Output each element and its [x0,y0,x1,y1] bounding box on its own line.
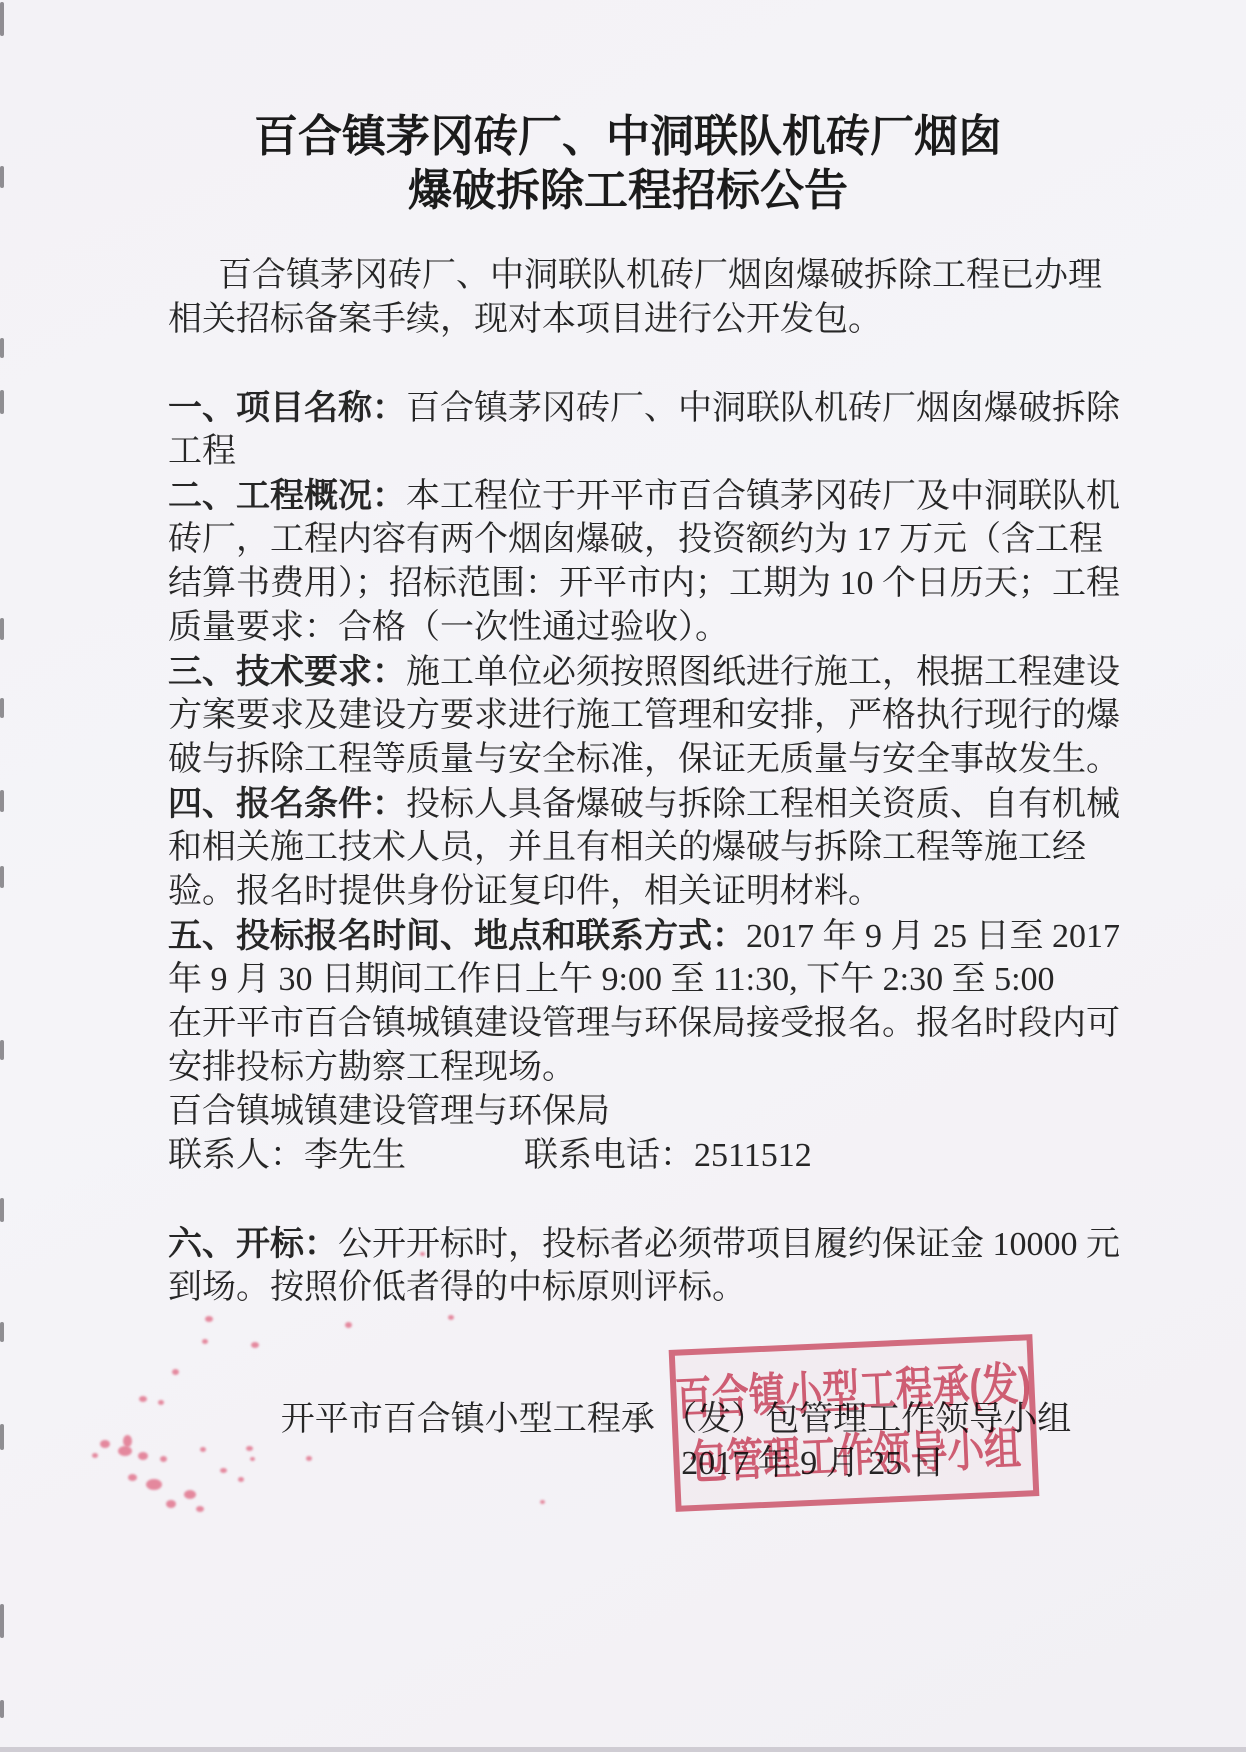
section-heading-run: 一、项目名称： [168,389,406,427]
ink-speckle [92,1453,98,1458]
text-run: 百合镇茅冈砖厂、中洞联队机砖厂烟囱爆破拆除工程已办理 [218,257,1102,294]
body-line: 工程 [168,430,1088,474]
text-run: 和相关施工技术人员，并且有相关的爆破与拆除工程等施工经 [168,829,1086,866]
ink-speckle [540,1500,545,1504]
scan-edge-mark [0,1700,4,1718]
section-heading-run: 六、开标： [168,1225,338,1263]
scan-edge-mark [0,698,4,718]
ink-speckle [220,1468,227,1473]
scanned-document-page: 百合镇茅冈砖厂、中洞联队机砖厂烟囱 爆破拆除工程招标公告 百合镇茅冈砖厂、中洞联… [0,0,1246,1752]
text-run: 百合镇茅冈砖厂、中洞联队机砖厂烟囱爆破拆除 [406,390,1120,427]
body-line: 五、投标报名时间、地点和联系方式：2017 年 9 月 25 日至 2017 [168,914,1088,958]
ink-speckle [448,1315,454,1320]
stamp-line-2: 包管理工作领导小组 [689,1416,1023,1494]
text-run: 破与拆除工程等质量与安全标准，保证无质量与安全事故发生。 [168,741,1120,778]
text-run: 方案要求及建设方要求进行施工管理和安排，严格执行现行的爆 [168,697,1120,734]
body-line: 到场。按照价低者得的中标原则评标。 [168,1266,1088,1310]
scan-edge-mark [0,866,4,888]
scan-edge-mark [0,1198,4,1222]
body-line: 验。报名时提供身份证复印件，相关证明材料。 [168,870,1088,914]
ink-speckle [118,1446,132,1456]
ink-speckle [184,1490,196,1499]
text-run: 结算书费用）；招标范围：开平市内；工期为 10 个日历天；工程 [168,565,1120,602]
text-run: 联系人：李先生 [168,1137,406,1174]
scan-edge-mark [0,1322,4,1342]
ink-speckle [123,1435,132,1447]
ink-speckle [250,1457,255,1461]
body-line: 二、工程概况：本工程位于开平市百合镇茅冈砖厂及中洞联队机 [168,474,1088,518]
text-run: 在开平市百合镇城镇建设管理与环保局接受报名。报名时段内可 [168,1005,1120,1042]
ink-speckle [139,1396,147,1402]
ink-speckle [158,1400,164,1405]
section-heading-run: 五、投标报名时间、地点和联系方式： [168,917,746,955]
scan-edge-mark [0,2,4,36]
text-run: 施工单位必须按照图纸进行施工，根据工程建设 [406,654,1120,691]
blank-line [168,342,1088,386]
title-line-1: 百合镇茅冈砖厂、中洞联队机砖厂烟囱 [168,110,1088,164]
section-heading-run: 三、技术要求： [168,653,406,691]
text-run: 验。报名时提供身份证复印件，相关证明材料。 [168,873,882,910]
text-run: 质量要求：合格（一次性通过验收）。 [168,609,729,646]
ink-speckle [138,1452,148,1460]
scan-edge-mark [0,1604,4,1638]
body-line: 和相关施工技术人员，并且有相关的爆破与拆除工程等施工经 [168,826,1088,870]
ink-speckle [128,1474,137,1481]
body-line: 质量要求：合格（一次性通过验收）。 [168,606,1088,650]
ink-speckle [345,1322,352,1328]
body-line: 方案要求及建设方要求进行施工管理和安排，严格执行现行的爆 [168,694,1088,738]
ink-speckle [251,1342,259,1348]
body-line: 安排投标方勘察工程现场。 [168,1046,1088,1090]
ink-speckle [205,1316,213,1322]
body-line: 四、报名条件：投标人具备爆破与拆除工程相关资质、自有机械 [168,782,1088,826]
ink-speckle [238,1477,244,1482]
text-run: 百合镇城镇建设管理与环保局 [168,1093,610,1130]
text-run: 砖厂，工程内容有两个烟囱爆破，投资额约为 17 万元（含工程 [168,521,1103,558]
text-run: 相关招标备案手续，现对本项目进行公开发包。 [168,301,882,338]
section-heading-run: 四、报名条件： [168,785,406,823]
ink-speckle [196,1506,204,1512]
text-run: 联系电话：2511512 [524,1137,812,1174]
scan-edge-mark [0,338,4,358]
document-content: 百合镇茅冈砖厂、中洞联队机砖厂烟囱 爆破拆除工程招标公告 百合镇茅冈砖厂、中洞联… [168,0,1088,1486]
ink-speckle [100,1440,110,1448]
scan-edge-mark [0,618,4,640]
body-line: 六、开标：公开开标时，投标者必须带项目履约保证金 10000 元 [168,1222,1088,1266]
ink-speckle [172,1369,179,1375]
title-line-2: 爆破拆除工程招标公告 [168,164,1088,218]
body-line: 砖厂，工程内容有两个烟囱爆破，投资额约为 17 万元（含工程 [168,518,1088,562]
text-run: 本工程位于开平市百合镇茅冈砖厂及中洞联队机 [406,478,1120,515]
scan-bottom-edge [0,1747,1246,1752]
text-run: 安排投标方勘察工程现场。 [168,1049,576,1086]
document-title: 百合镇茅冈砖厂、中洞联队机砖厂烟囱 爆破拆除工程招标公告 [168,110,1088,218]
body-line: 百合镇茅冈砖厂、中洞联队机砖厂烟囱爆破拆除工程已办理 [168,254,1088,298]
ink-speckle [200,1447,206,1452]
ink-speckle [146,1479,162,1490]
ink-speckle [246,1446,253,1451]
text-run: 年 9 月 30 日期间工作日上午 9:00 至 11:30, 下午 2:30 … [168,961,1055,998]
body-line: 破与拆除工程等质量与安全标准，保证无质量与安全事故发生。 [168,738,1088,782]
ink-speckle [166,1500,176,1508]
body-line: 相关招标备案手续，现对本项目进行公开发包。 [168,298,1088,342]
ink-speckle [306,1456,312,1461]
body-line: 结算书费用）；招标范围：开平市内；工期为 10 个日历天；工程 [168,562,1088,606]
scan-edge-mark [0,1040,4,1060]
section-heading-run: 二、工程概况： [168,477,406,515]
ink-speckle [160,1456,167,1462]
body-line: 联系人：李先生联系电话：2511512 [168,1134,1088,1178]
body-line: 百合镇城镇建设管理与环保局 [168,1090,1088,1134]
text-run: 到场。按照价低者得的中标原则评标。 [168,1269,746,1306]
body-line: 三、技术要求：施工单位必须按照图纸进行施工，根据工程建设 [168,650,1088,694]
scan-edge-mark [0,166,4,188]
blank-line [168,1178,1088,1222]
body-line: 年 9 月 30 日期间工作日上午 9:00 至 11:30, 下午 2:30 … [168,958,1088,1002]
scan-edge-mark [0,1424,4,1450]
text-run: 2017 年 9 月 25 日至 2017 [746,918,1120,955]
scan-edge-mark [0,390,4,414]
scan-edge-mark [0,790,4,812]
text-run: 公开开标时，投标者必须带项目履约保证金 10000 元 [338,1226,1120,1263]
text-run: 工程 [168,433,236,470]
body-lines: 百合镇茅冈砖厂、中洞联队机砖厂烟囱爆破拆除工程已办理相关招标备案手续，现对本项目… [168,254,1088,1310]
official-red-stamp: 百合镇小型工程承(发) 包管理工作领导小组 [669,1334,1040,1512]
body-line: 一、项目名称：百合镇茅冈砖厂、中洞联队机砖厂烟囱爆破拆除 [168,386,1088,430]
ink-speckle [202,1339,208,1344]
text-run: 投标人具备爆破与拆除工程相关资质、自有机械 [406,786,1120,823]
ink-speckle [420,1252,425,1256]
body-line: 在开平市百合镇城镇建设管理与环保局接受报名。报名时段内可 [168,1002,1088,1046]
